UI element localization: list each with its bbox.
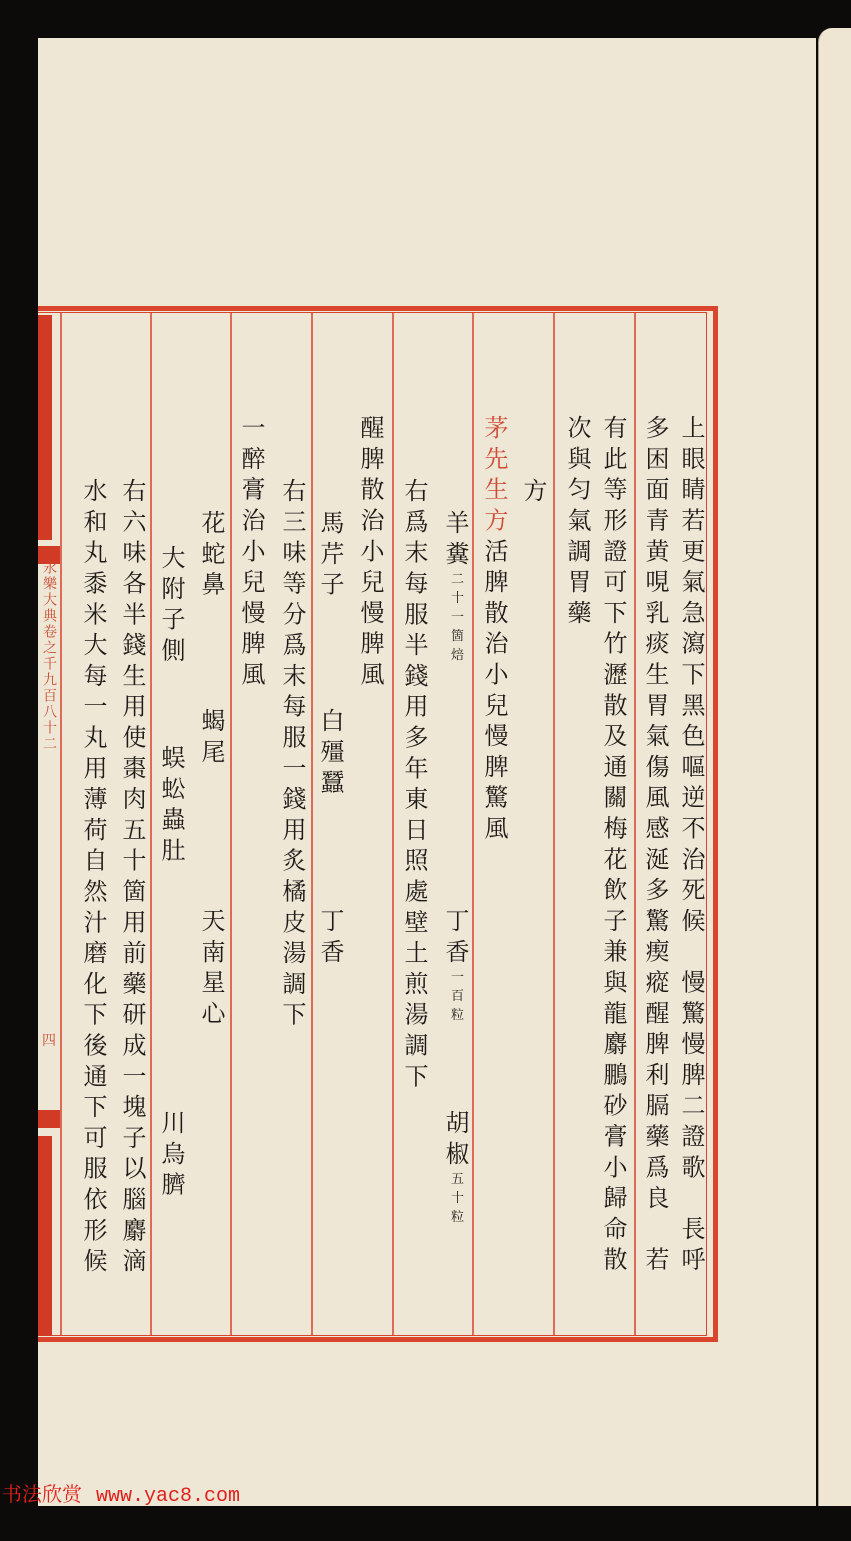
recipe-title-3: 一醉膏治小兒慢脾風 — [236, 415, 266, 692]
author-attribution: 茅先生方 — [480, 415, 508, 538]
margin-rule — [60, 313, 62, 1335]
text-column-4: 次與匀氣調胃藥 — [562, 415, 592, 631]
ingredient-5: 白殭蠶 — [315, 708, 345, 800]
column-rule — [634, 313, 636, 1335]
watermark-url: www.yac8.com — [96, 1485, 240, 1508]
ingredient-3: 胡椒五十粒 — [440, 1110, 470, 1229]
spine-title: 永樂大典卷之千九百八十二 — [40, 560, 58, 752]
text-column-2: 多困面青黄哯乳痰生胃氣傷風感涎多驚瘈瘲醒脾利膈藥爲良 若 — [640, 415, 670, 1277]
ingredient-6: 丁香 — [315, 908, 345, 970]
page-number: 四 — [42, 1030, 56, 1050]
ingredient-7: 花蛇鼻 — [196, 510, 226, 602]
recipe-title-1: 茅先生方活脾散治小兒慢脾驚風 — [479, 415, 509, 846]
ingredient-4: 馬芹子 — [315, 510, 345, 602]
fishtail-bar-bottom — [38, 1136, 52, 1336]
text-column-5: 方 — [518, 478, 548, 509]
text-column-16: 水和丸黍米大每一丸用薄荷自然汁磨化下後通下可服依形候 — [78, 478, 108, 1279]
ingredient-1: 羊糞二十一箇焙 — [440, 510, 470, 667]
text-column-15: 右六味各半錢生用使棗肉五十箇用前藥研成一塊子以腦麝滴 — [117, 478, 147, 1279]
ingredient-9: 天南星心 — [196, 908, 226, 1031]
text-column-11: 右三味等分爲末每服一錢用炙橘皮湯調下 — [277, 478, 307, 1032]
ingredient-2: 丁香一百粒 — [440, 908, 470, 1027]
watermark: 书法欣赏www.yac8.com — [2, 1478, 240, 1508]
adjacent-page-edge — [818, 28, 851, 1506]
ingredient-12: 川烏臍 — [156, 1110, 186, 1202]
watermark-label: 书法欣赏 — [2, 1482, 82, 1506]
text-column-3: 有此等形證可下竹瀝散及通關梅花飲子兼與龍麝鵬砂膏小歸命散 — [598, 415, 628, 1277]
column-rule — [150, 313, 152, 1335]
ingredient-8: 蝎尾 — [196, 708, 226, 770]
ingredient-11: 蜈蚣蟲肚 — [156, 745, 186, 868]
fishtail-bar-top — [38, 315, 52, 540]
column-rule — [472, 313, 474, 1335]
text-column-1: 上眼睛若更氣急瀉下黑色嘔逆不治死候 慢驚慢脾二證歌 長呼 — [676, 415, 706, 1277]
ingredient-10: 大附子側 — [156, 545, 186, 668]
text-column-8: 右爲末每服半錢用多年東日照處壁土煎湯調下 — [399, 478, 429, 1094]
column-rule — [230, 313, 232, 1335]
column-rule — [553, 313, 555, 1335]
recipe-title-2: 醒脾散治小兒慢脾風 — [355, 415, 385, 692]
column-rule — [392, 313, 394, 1335]
fishtail-wedge-bottom — [38, 1110, 60, 1128]
column-rule — [311, 313, 313, 1335]
